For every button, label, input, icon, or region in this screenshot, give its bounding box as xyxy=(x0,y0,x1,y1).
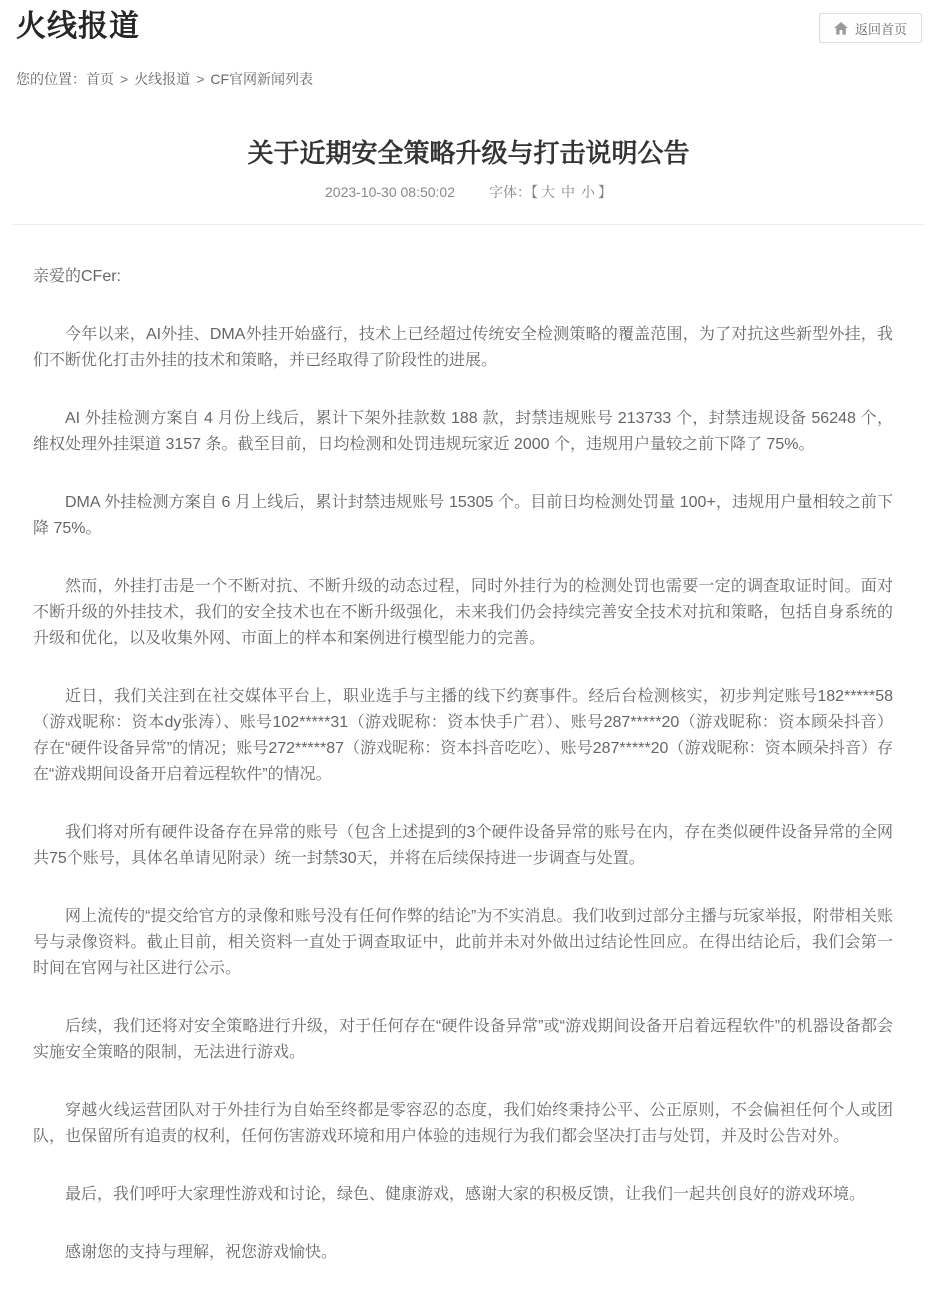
font-size-label: 字体： xyxy=(489,184,531,200)
breadcrumb: 您的位置：首页>火线报道>CF官网新闻列表 xyxy=(0,56,937,88)
font-size-small-button[interactable]: 小 xyxy=(581,184,595,200)
breadcrumb-item-home[interactable]: 首页 xyxy=(86,71,114,87)
article-head: 关于近期安全策略升级与打击说明公告 2023-10-30 08:50:02字体：… xyxy=(0,136,937,225)
font-bracket-open: 【 xyxy=(531,184,538,200)
article-paragraph: 然而，外挂打击是一个不断对抗、不断升级的动态过程，同时外挂行为的检测处罚也需要一… xyxy=(33,574,893,652)
article-paragraph: 最后，我们呼吁大家理性游戏和讨论，绿色、健康游戏，感谢大家的积极反馈，让我们一起… xyxy=(33,1182,893,1208)
article-paragraph: 网上流传的“提交给官方的录像和账号没有任何作弊的结论”为不实消息。我们收到过部分… xyxy=(33,904,893,982)
page: 火线报道 返回首页 您的位置：首页>火线报道>CF官网新闻列表 关于近期安全策略… xyxy=(0,0,937,1296)
font-size-medium-button[interactable]: 中 xyxy=(561,184,575,200)
breadcrumb-prefix: 您的位置： xyxy=(16,71,86,87)
back-home-label: 返回首页 xyxy=(855,19,907,38)
article-meta: 2023-10-30 08:50:02字体：【大中小】 xyxy=(0,183,937,201)
breadcrumb-separator: > xyxy=(120,71,128,87)
article-paragraph: 今年以来，AI外挂、DMA外挂开始盛行，技术上已经超过传统安全检测策略的覆盖范围… xyxy=(33,322,893,374)
article-paragraph: 感谢您的支持与理解，祝您游戏愉快。 xyxy=(33,1240,893,1266)
section-title: 火线报道 xyxy=(16,8,921,46)
breadcrumb-separator: > xyxy=(196,71,204,87)
home-icon xyxy=(834,22,848,35)
article-paragraph: DMA 外挂检测方案自 6 月上线后，累计封禁违规账号 15305 个。目前日均… xyxy=(33,490,893,542)
article-paragraph: AI 外挂检测方案自 4 月份上线后，累计下架外挂款数 188 款，封禁违规账号… xyxy=(33,406,893,458)
font-size-switch: 【大中小】 xyxy=(531,184,612,200)
article-paragraph: 近日，我们关注到在社交媒体平台上，职业选手与主播的线下约赛事件。经后台检测核实，… xyxy=(33,684,893,788)
page-header: 火线报道 返回首页 xyxy=(0,0,937,56)
font-bracket-close: 】 xyxy=(598,184,612,200)
breadcrumb-item-news-list[interactable]: CF官网新闻列表 xyxy=(210,71,313,87)
article-body: 亲爱的CFer:今年以来，AI外挂、DMA外挂开始盛行，技术上已经超过传统安全检… xyxy=(0,225,937,1296)
font-size-large-button[interactable]: 大 xyxy=(541,184,555,200)
back-home-button[interactable]: 返回首页 xyxy=(819,13,922,43)
article-date: 2023-10-30 08:50:02 xyxy=(325,184,455,200)
article-title: 关于近期安全策略升级与打击说明公告 xyxy=(0,136,937,170)
article-paragraph: 亲爱的CFer: xyxy=(33,264,893,290)
article-paragraph: 我们将对所有硬件设备存在异常的账号（包含上述提到的3个硬件设备异常的账号在内，存… xyxy=(33,820,893,872)
article-paragraph: 穿越火线运营团队对于外挂行为自始至终都是零容忍的态度，我们始终秉持公平、公正原则… xyxy=(33,1098,893,1150)
breadcrumb-item-huoxian-baodao[interactable]: 火线报道 xyxy=(134,71,190,87)
article-paragraph: 后续，我们还将对安全策略进行升级，对于任何存在“硬件设备异常”或“游戏期间设备开… xyxy=(33,1014,893,1066)
